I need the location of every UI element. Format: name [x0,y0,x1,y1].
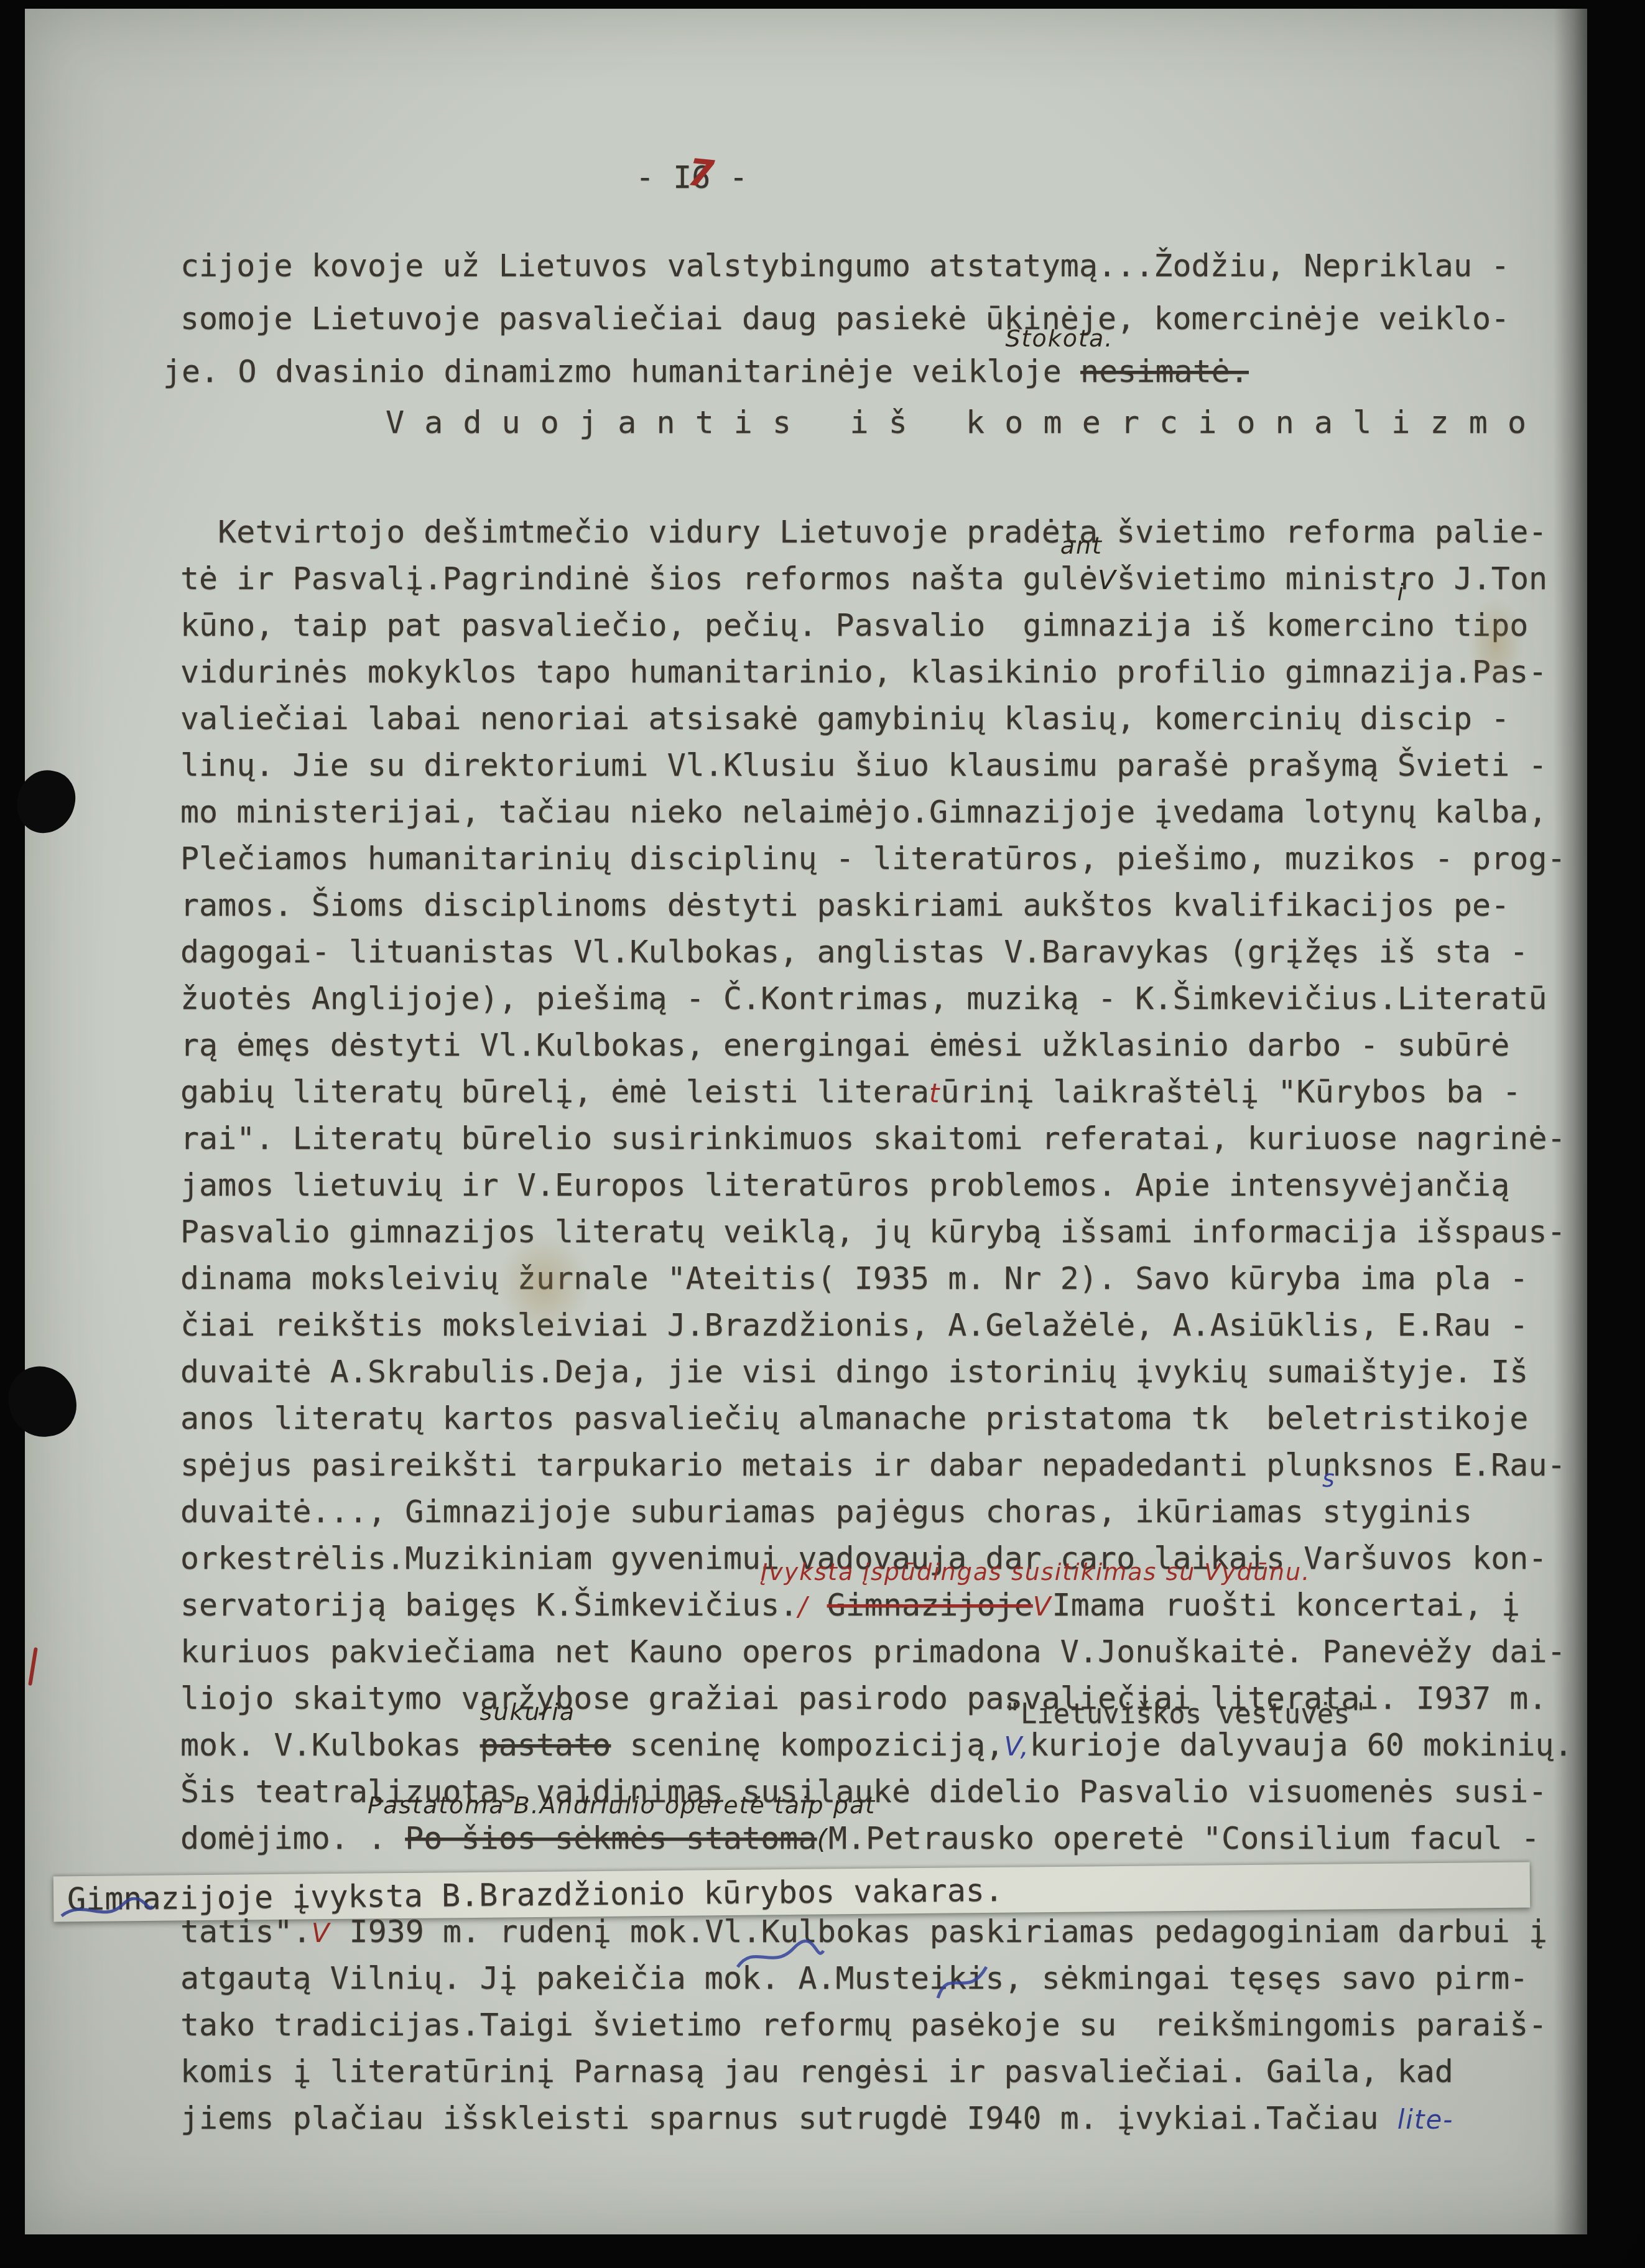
typed-text: jiems plačiau išskleisti sparnus sutrugd… [180,2100,1397,2136]
typed-line: dagogai- lituanistas Vl.Kulbokas, anglis… [180,935,1528,969]
typed-line: čiai reikštis moksleiviai J.Brazdžionis,… [180,1308,1528,1342]
page-number-correction: 7 [686,152,716,195]
typed-text: gabių literatų būrelį, ėmė leisti litera [180,1074,929,1110]
typed-text: linų. Jie su direktoriumi Vl.Klusiu šiuo… [180,747,1547,783]
typed-line: atgautą Vilnių. Jį pakeičia mok. A.Muste… [180,1961,1528,1996]
handwritten-correction: V [312,1918,331,1948]
typed-text: je. O dvasinio dinamizmo humanitarinėje … [163,353,1080,389]
typed-line: vidurinės mokyklos tapo humanitarinio, k… [180,655,1547,689]
ink-blot [11,765,80,839]
typed-text: tė ir Pasvalį.Pagrindinė šios reformos n… [180,560,1098,597]
handwritten-correction: lite- [1397,2104,1454,2135]
typed-text: somoje Lietuvoje pasvaliečiai daug pasie… [180,300,1509,337]
typed-text: mok. V.Kulbokas [180,1727,480,1763]
typed-text [809,1587,827,1623]
typed-text: mo ministerijai, tačiau nieko nelaimėjo.… [180,794,1547,830]
typed-text: tako tradicijas.Taigi švietimo reformų p… [180,2007,1547,2043]
typed-text: cijoje kovoje už Lietuvos valstybingumo … [180,248,1509,284]
typed-text: sceninę kompoziciją, [611,1727,1004,1763]
typed-text: kūno, taip pat pasvaliečio, pečių. Pasva… [180,607,1416,643]
typed-line: rai". Literatų būrelio susirinkimuos ska… [180,1122,1566,1156]
scan-background: { "page_number": { "prefix": "- I", "typ… [0,0,1645,2268]
struck-text: nesimatė. [1080,353,1249,389]
typed-line: valiečiai labai nenoriai atsisakė gamybi… [180,702,1509,736]
red-margin-tick [28,1647,38,1686]
typed-line: cijoje kovoje už Lietuvos valstybingumo … [180,249,1509,283]
ink-scribble [59,1897,155,1925]
handwritten-correction: ( [817,1824,828,1855]
typed-text: atgautą Vilnių. Jį pakeičia mok. A.Muste… [180,1960,1528,1996]
typed-line: gabių literatų būrelį, ėmė leisti litera… [180,1075,1521,1109]
typed-text: valiečiai labai nenoriai atsisakė gamybi… [180,700,1509,737]
typed-line: mo ministerijai, tačiau nieko nelaimėjo.… [180,795,1547,829]
handwritten-annotation: s [1322,1466,1336,1492]
typed-text: ūrinį laikraštėlį "Kūrybos ba - [941,1074,1521,1110]
ink-scribble [933,1959,992,2004]
typed-text: Plečiamos humanitarinių disciplinų - lit… [180,840,1566,876]
handwritten-annotation: "Lietuviškos vestuvės" [1004,1699,1366,1729]
typed-text: M.Petrausko operetė "Consilium facul - [828,1820,1540,1856]
typed-line: anos literatų kartos pasvaliečių almanac… [180,1401,1528,1436]
struck-text: pastato [480,1727,611,1763]
typed-line: žuotės Anglijoje), piešimą - Č.Kontrimas… [180,982,1547,1016]
typed-line: spėjus pasireikšti tarpukario metais ir … [180,1448,1566,1482]
typed-text: Pasvalio gimnazijos literatų veiklą, jų … [180,1214,1566,1250]
typed-text: žuotės Anglijoje), piešimą - Č.Kontrimas… [180,980,1547,1016]
handwritten-annotation: ant [1060,533,1103,559]
typed-text: ramos. Šioms disciplinoms dėstyti paskir… [180,887,1509,923]
handwritten-annotation: i [1397,580,1406,606]
typed-line: ramos. Šioms disciplinoms dėstyti paskir… [180,888,1509,923]
typed-text: rai". Literatų būrelio susirinkimuos ska… [180,1120,1566,1156]
typed-line: domėjimo. . Po šios sėkmės statoma(M.Pet… [180,1821,1540,1856]
typed-text: duvaitė A.Skrabulis.Deja, jie visi dingo… [180,1354,1528,1390]
typed-line: duvaitė A.Skrabulis.Deja, jie visi dingo… [180,1355,1528,1389]
struck-text: Po šios sėkmės statoma [405,1820,817,1856]
typed-text: komis į literatūrinį Parnasą jau rengėsi… [180,2053,1453,2089]
typed-text: dagogai- lituanistas Vl.Kulbokas, anglis… [180,934,1528,970]
typed-line: jamos lietuvių ir V.Europos literatūros … [180,1168,1509,1202]
typed-text: dinama moksleivių žurnale "Ateitis( I935… [180,1260,1528,1296]
typed-line: jiems plačiau išskleisti sparnus sutrugd… [180,2101,1453,2136]
typed-text: I939 m. rudenį mok.Vl.Kulbokas paskiriam… [330,1913,1547,1950]
paper-stain [1468,597,1524,690]
typed-line: Ketvirtojo dešimtmečio vidury Lietuvoje … [180,515,1547,549]
ink-blot [4,1362,81,1441]
typed-text: kuriuos pakviečiama net Kauno operos pri… [180,1634,1566,1670]
page-number-prefix: - I [636,159,692,195]
typed-line: Plečiamos humanitarinių disciplinų - lit… [180,842,1566,876]
page-number-suffix: - [710,159,748,195]
typed-line: kūno, taip pat pasvaliečio, pečių. Pasva… [180,608,1528,643]
handwritten-annotation: Pastatoma B.Andriulio operetė taip pat [368,1793,876,1819]
typed-text: Ketvirtojo dešimtmečio vidury Lietuvoje … [180,514,1547,550]
typed-line: Pasvalio gimnazijos literatų veiklą, jų … [180,1215,1566,1249]
typed-line: tako tradicijas.Taigi švietimo reformų p… [180,2008,1547,2042]
handwritten-correction: V [1033,1591,1052,1622]
typed-line: servatoriją baigęs K.Šimkevičius./ Gimna… [180,1588,1520,1622]
typed-text: servatoriją baigęs K.Šimkevičius. [180,1587,798,1623]
typed-line: somoje Lietuvoje pasvaliečiai daug pasie… [180,302,1509,336]
handwritten-correction: V [1098,565,1117,595]
typed-line: Gimnazijoje įvyksta B.Brazdžionio kūrybo… [67,1869,1516,1917]
page-number-digit: 67 [692,160,710,195]
typed-text: jamos lietuvių ir V.Europos literatūros … [180,1167,1509,1203]
ink-scribble [734,1940,827,1974]
typed-line: rą ėmęs dėstyti Vl.Kulbokas, energingai … [180,1028,1509,1062]
typed-text: vidurinės mokyklos tapo humanitarinio, k… [180,654,1547,690]
struck-text: Gimnazijoje [827,1587,1033,1623]
typed-text: anos literatų kartos pasvaliečių almanac… [180,1400,1528,1436]
document-scan: - I67 - V a d u o j a n t i s i š k o m … [0,0,1645,2268]
handwritten-annotation: Stokota. [1006,326,1114,352]
typed-line: duvaitė..., Gimnazijoje suburiamas pajėg… [180,1495,1472,1529]
handwritten-annotation: Įvyksta įspūdingas susitikimas su Vydūnu… [761,1559,1310,1586]
typed-line: tatis".V I939 m. rudenį mok.Vl.Kulbokas … [180,1915,1547,1949]
page-number: - I67 - [636,160,748,195]
typed-line: linų. Jie su direktoriumi Vl.Klusiu šiuo… [180,748,1547,783]
typed-line: komis į literatūrinį Parnasą jau rengėsi… [180,2055,1453,2089]
handwritten-annotation: sukuria [480,1699,575,1726]
handwritten-correction: / [798,1591,808,1622]
typed-text: domėjimo. . [180,1820,405,1856]
typed-text: tatis". [180,1913,312,1950]
typed-line: dinama moksleivių žurnale "Ateitis( I935… [180,1262,1528,1296]
handwritten-correction: V, [1004,1731,1030,1762]
typed-text: duvaitė..., Gimnazijoje suburiamas pajėg… [180,1494,1472,1530]
typed-text: spėjus pasireikšti tarpukario metais ir … [180,1447,1566,1483]
typed-line: je. O dvasinio dinamizmo humanitarinėje … [163,355,1249,389]
typed-text: Imama ruošti koncertai, į [1052,1587,1521,1623]
typed-text: rą ėmęs dėstyti Vl.Kulbokas, energingai … [180,1027,1509,1063]
paper-stain [498,1232,591,1337]
typed-text: čiai reikštis moksleiviai J.Brazdžionis,… [180,1307,1528,1343]
typed-line: tė ir Pasvalį.Pagrindinė šios reformos n… [180,562,1547,596]
typed-text: švietimo ministro J.Ton [1117,560,1547,597]
typed-line: kuriuos pakviečiama net Kauno operos pri… [180,1635,1566,1669]
typed-text: kurioje dalyvauja 60 mokinių. [1030,1727,1573,1763]
typed-line: mok. V.Kulbokas pastato sceninę kompozic… [180,1728,1573,1762]
section-heading: V a d u o j a n t i s i š k o m e r c i … [386,406,1527,440]
handwritten-correction: t [929,1078,940,1108]
paper-fold-shadow [1554,9,1587,2234]
